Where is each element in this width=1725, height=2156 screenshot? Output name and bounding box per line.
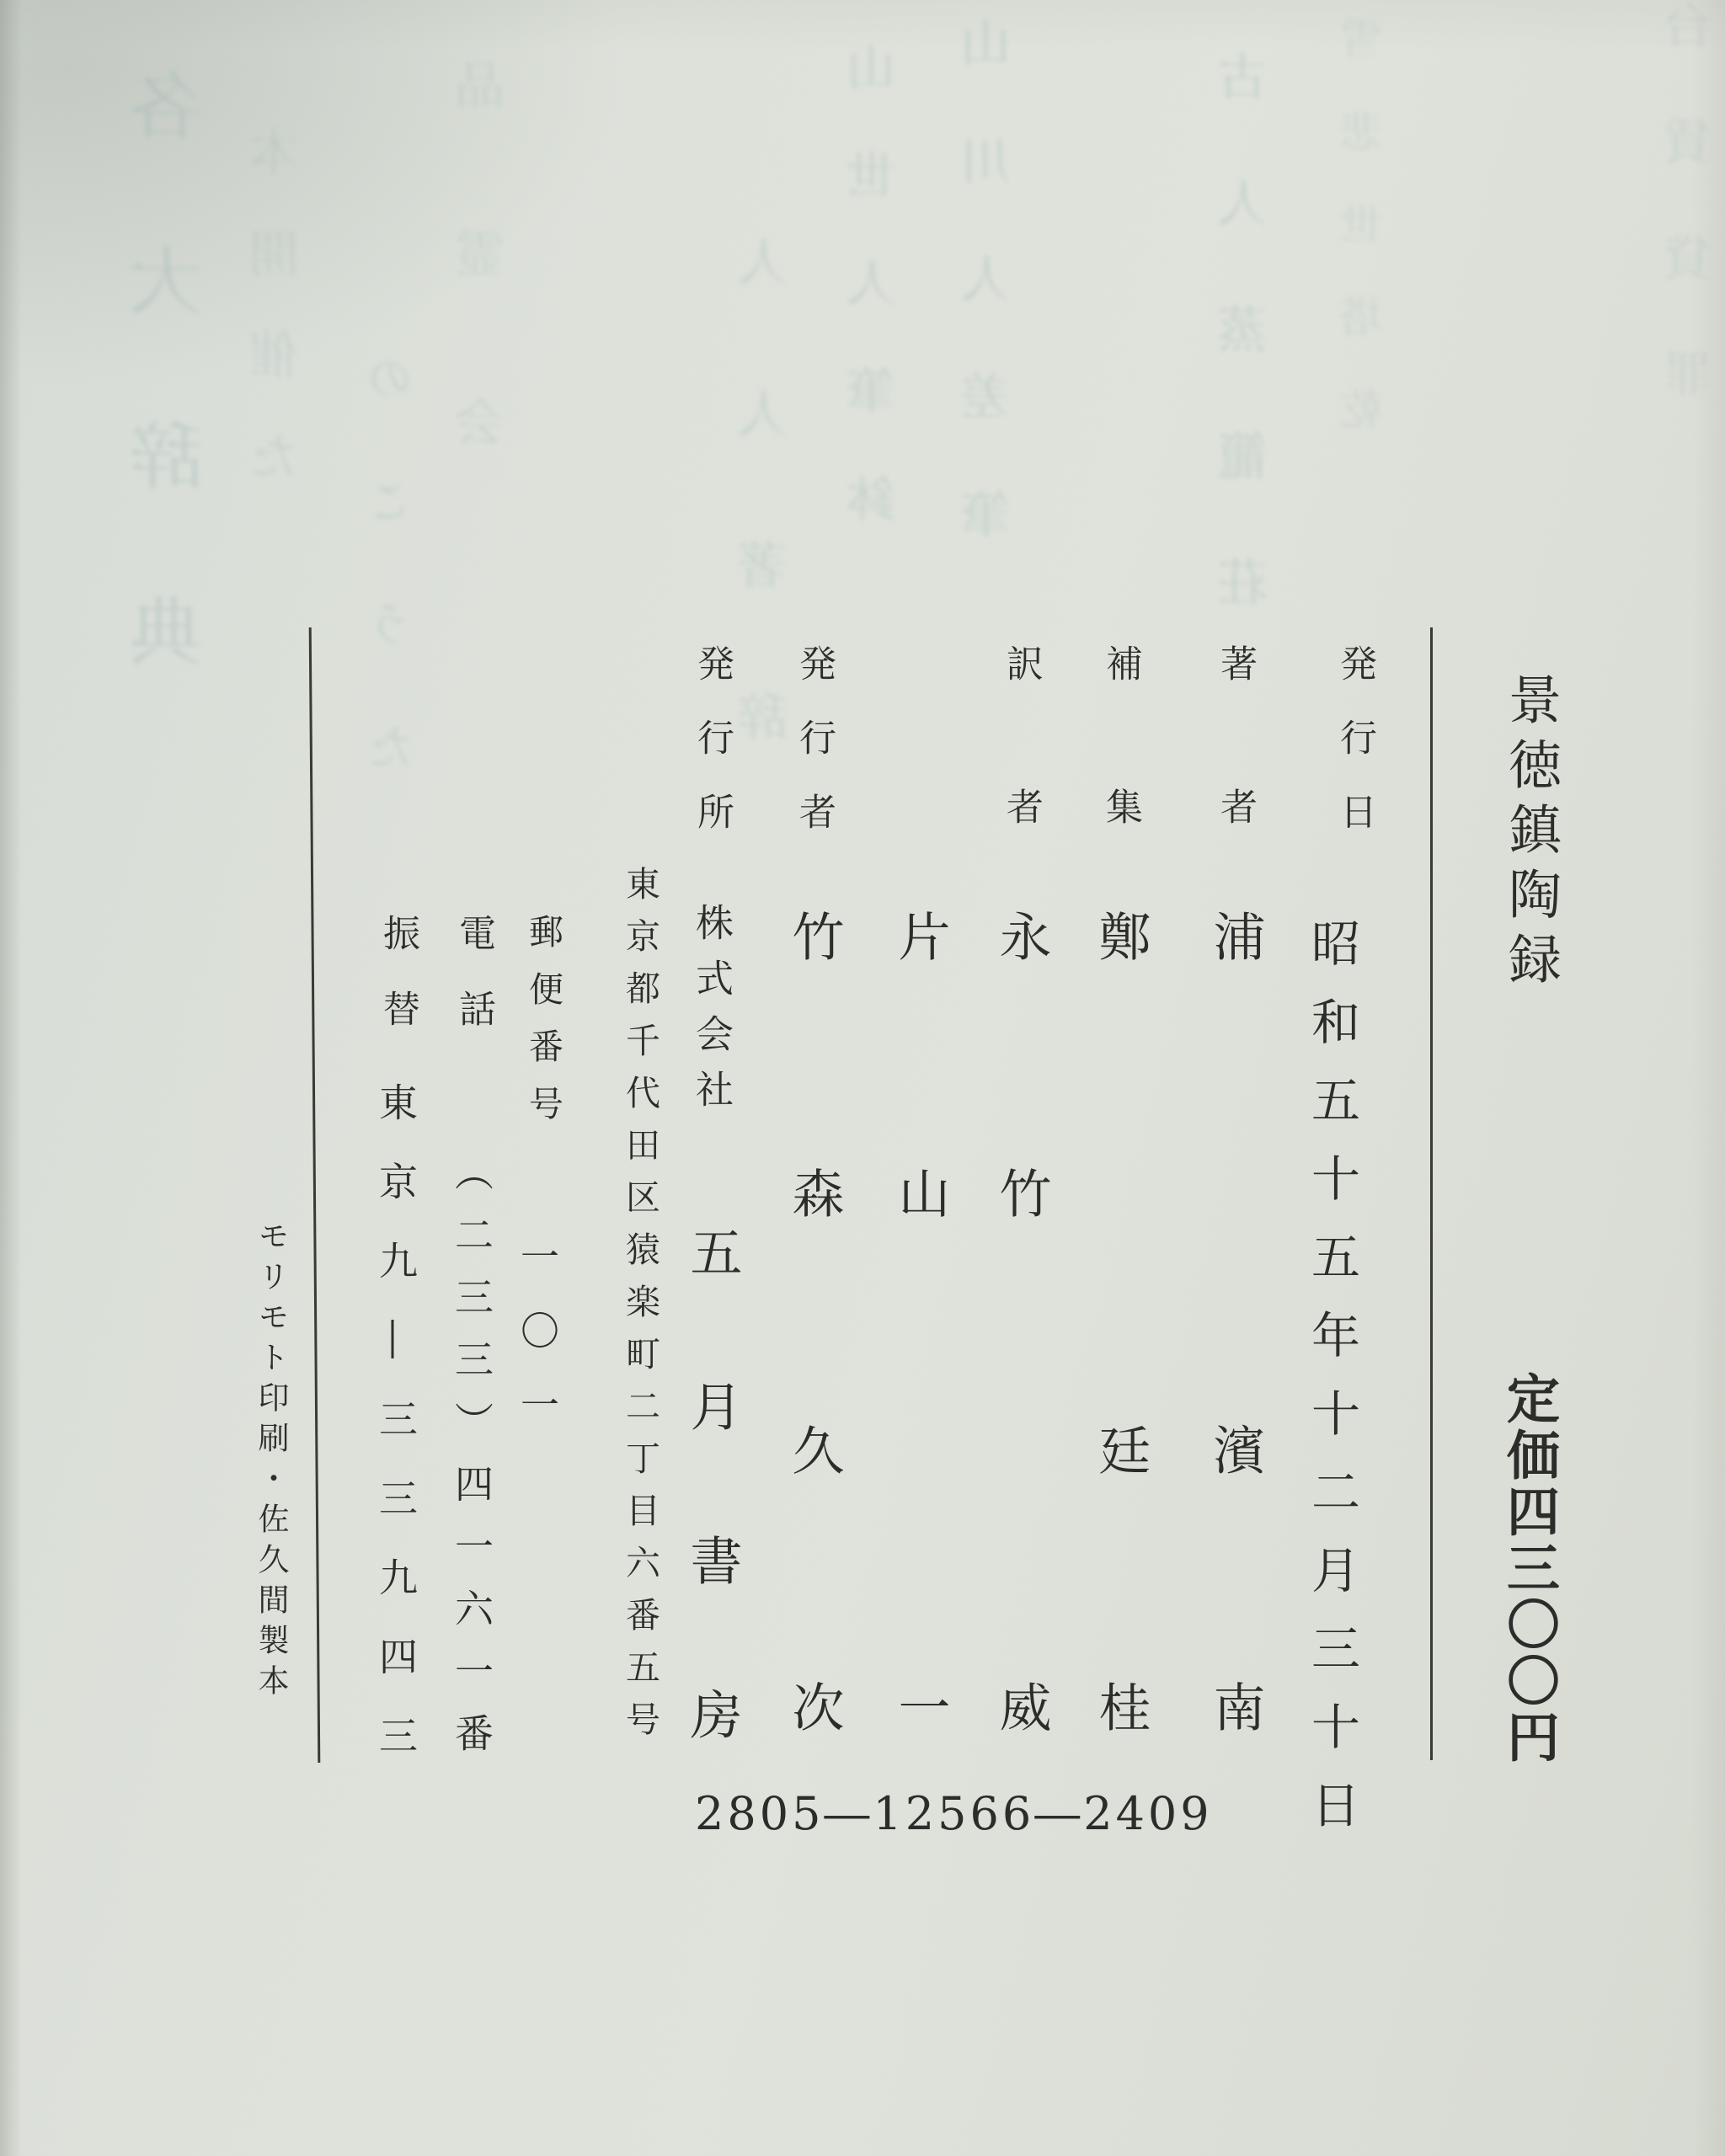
publisher-person-name: 竹森久次 <box>788 910 840 1937</box>
publisher-address: 東京都千代田区猿楽町二丁目六番五号 <box>622 866 657 1753</box>
author-surname: 浦 <box>1209 910 1261 962</box>
publisher-company-name: 五月書房 <box>686 1225 738 1842</box>
bleedthrough-ghost-column: 人人著辞 <box>741 236 792 842</box>
transfer-account-label: 振替 <box>379 914 416 1065</box>
translator1-given-name: 威 <box>995 1680 1047 1732</box>
bleedthrough-ghost-column: 山世人筆鉢 <box>851 42 900 581</box>
colophon-left-rule <box>309 627 320 1763</box>
publisher-person-label: 発行者 <box>795 644 832 867</box>
book-colophon-page: 各大辞典 本開催た のこうた 品霊会 人人著辞 山世人筆鉢 山川人差筆 古人蒸籠… <box>0 0 1725 2156</box>
book-price: 定価四三〇〇円 <box>1503 1371 1556 1766</box>
translator-label: 訳者 <box>1002 644 1039 931</box>
bleedthrough-ghost-column: 本開催た <box>253 126 303 531</box>
postal-code-label: 郵便番号 <box>526 914 560 1143</box>
colophon-right-rule <box>1430 627 1433 1760</box>
bleedthrough-ghost-column: 古人蒸籠荘 <box>1221 51 1272 682</box>
bleedthrough-ghost-column: 雪悲世塔乾 <box>1343 17 1386 480</box>
supplement-given-name: 廷桂 <box>1094 1423 1146 1937</box>
supplement-label: 補集 <box>1102 644 1139 931</box>
transfer-account-number: 東京九―三三九四三 <box>377 1082 415 1795</box>
publisher-company-label: 発行所 <box>693 644 730 867</box>
bleedthrough-ghost-column: 各大辞典 <box>135 67 209 768</box>
translator2-given-name: 一 <box>894 1680 946 1732</box>
supplement-surname: 鄭 <box>1094 910 1146 962</box>
phone-label: 電話 <box>455 914 492 1065</box>
publication-date-label: 発行日 <box>1336 644 1373 867</box>
author-given-name: 濱南 <box>1209 1423 1261 1937</box>
bleedthrough-ghost-column: のこうた <box>371 354 418 846</box>
bleedthrough-ghost-column: 品霊会 <box>459 59 510 564</box>
catalogue-code: 2805―12566―2409 <box>695 1787 1099 1840</box>
bleedthrough-ghost-column: 山川人差筆 <box>964 17 1015 606</box>
printer-binder: モリモト印刷・佐久間製本 <box>255 1219 286 1705</box>
author-label: 著者 <box>1216 644 1253 931</box>
translator2-surname: 片山 <box>894 910 946 1423</box>
book-title: 景徳鎮陶録 <box>1504 672 1557 996</box>
translator1-surname: 永竹 <box>995 910 1047 1423</box>
postal-code-value: 一〇一 <box>518 1236 557 1459</box>
publication-date-value: 昭和五十五年十二月三十日 <box>1307 918 1356 1858</box>
publisher-company-corp-prefix: 株式会社 <box>692 903 730 1125</box>
bleedthrough-ghost-column: 台賃貸罪 <box>1668 0 1717 465</box>
phone-number: （二三三）四一六一番 <box>452 1152 491 1775</box>
